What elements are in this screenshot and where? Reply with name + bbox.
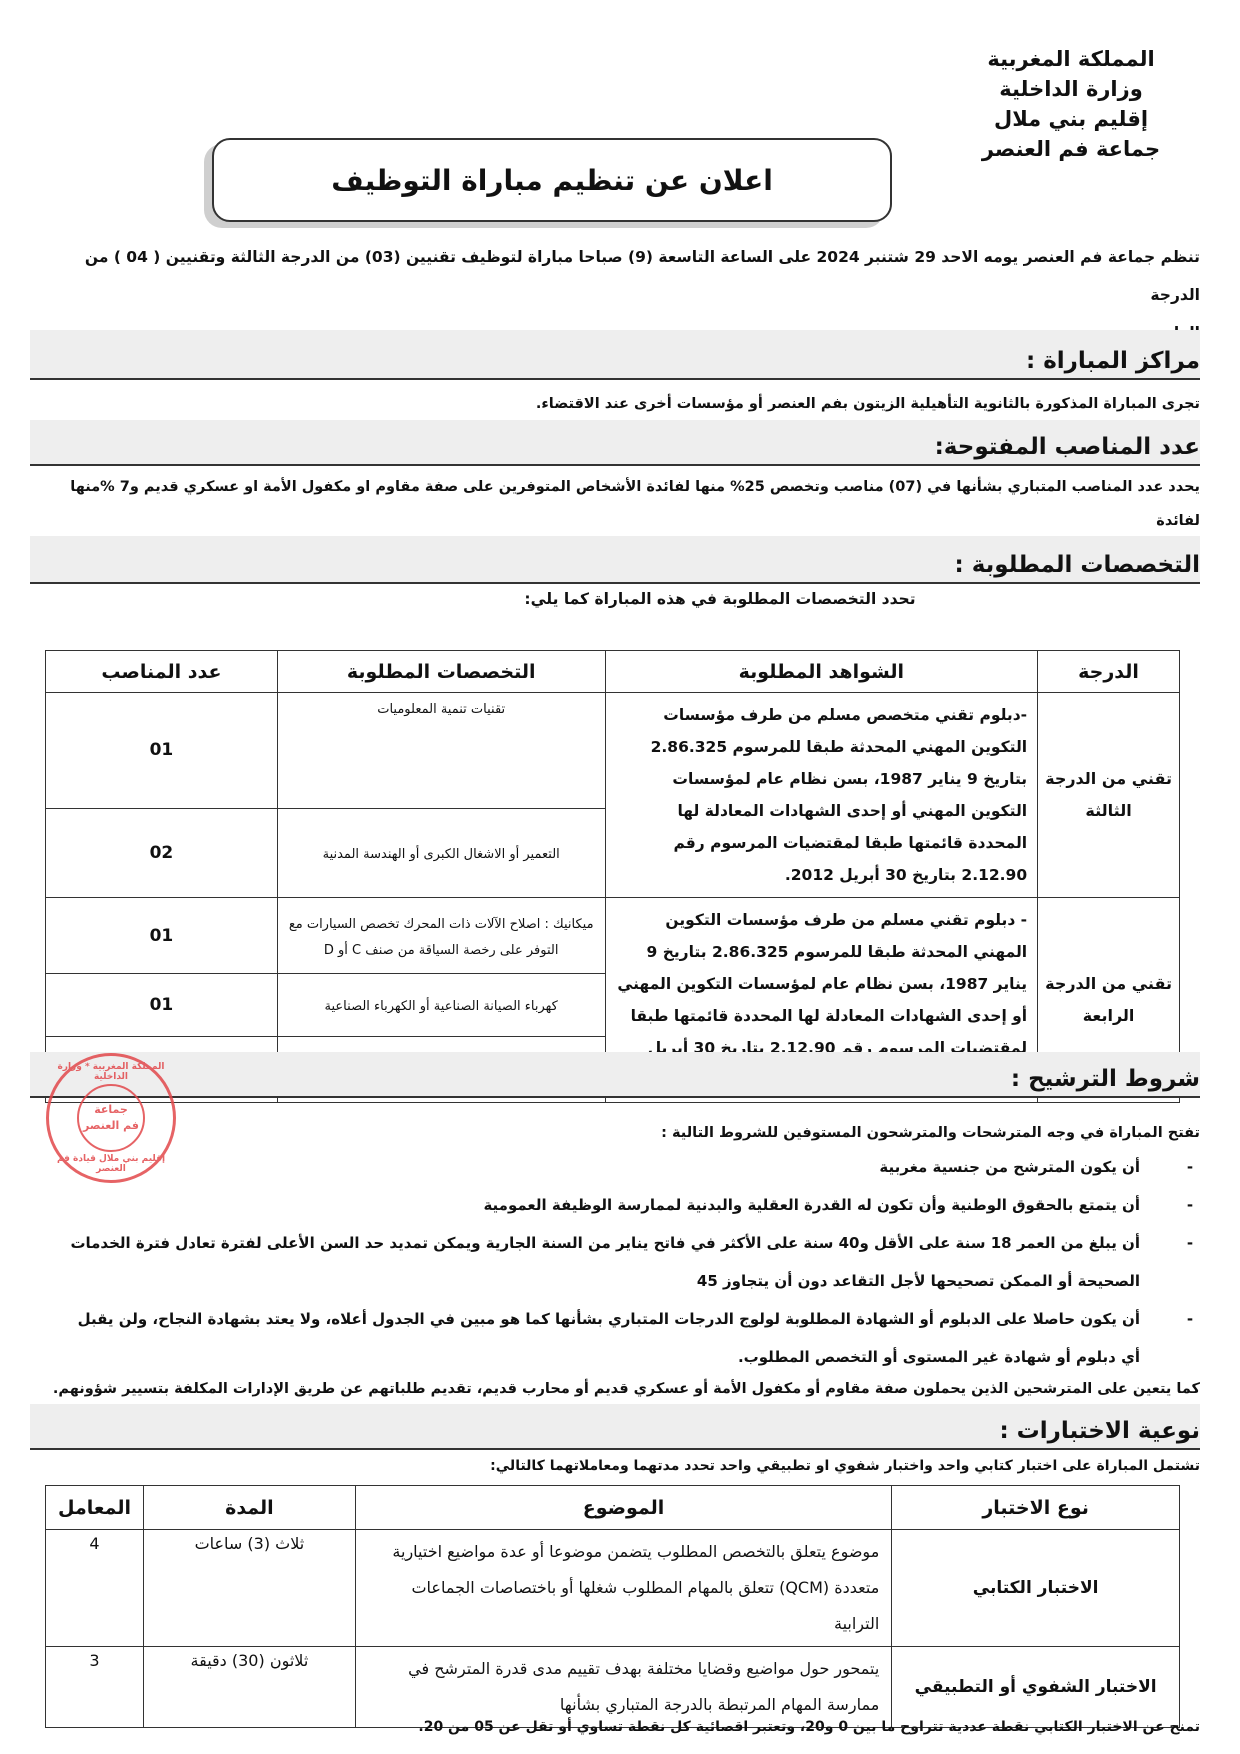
condition-item: - أن يبلغ من العمر 18 سنة على الأقل و40 … bbox=[60, 1224, 1200, 1300]
centers-text: تجرى المباراة المذكورة بالثانوية التأهيل… bbox=[38, 386, 1200, 422]
header-specialties: التخصصات المطلوبة bbox=[277, 651, 605, 693]
section-heading-exams: نوعية الاختبارات : bbox=[30, 1404, 1200, 1450]
section-heading-specialties: التخصصات المطلوبة : bbox=[30, 536, 1200, 584]
condition-text: أن يتمتع بالحقوق الوطنية وأن تكون له الق… bbox=[60, 1186, 1140, 1224]
condition-item: - أن يكون المترشح من جنسية مغربية bbox=[60, 1148, 1200, 1186]
bullet-dash: - bbox=[1180, 1148, 1200, 1186]
grade-cell: تقني من الدرجة الثالثة bbox=[1038, 693, 1180, 898]
conditions-note: كما يتعين على المترشحين الذين يحملون صفة… bbox=[38, 1372, 1200, 1406]
condition-text-continued: الصحيحة أو الممكن تصحيحها لأجل التقاعد د… bbox=[60, 1262, 1140, 1300]
header-coefficient: المعامل bbox=[46, 1486, 144, 1530]
bullet-dash: - bbox=[1180, 1186, 1200, 1224]
section-heading-text: عدد المناصب المفتوحة: bbox=[935, 434, 1200, 460]
section-heading-centers: مراكز المباراة : bbox=[30, 330, 1200, 380]
section-heading-conditions: شروط الترشيح : bbox=[30, 1052, 1200, 1098]
exams-footer-note: تمنح عن الاختبار الكتابي نقطة عددية تترا… bbox=[38, 1712, 1200, 1742]
conditions-intro: تفتح المباراة في وجه المترشحات والمترشحو… bbox=[38, 1114, 1200, 1152]
condition-text: أن يكون حاصلا على الدبلوم أو الشهادة الم… bbox=[60, 1300, 1140, 1338]
condition-item: - أن يتمتع بالحقوق الوطنية وأن تكون له ا… bbox=[60, 1186, 1200, 1224]
table-header-row: الدرجة الشواهد المطلوبة التخصصات المطلوب… bbox=[46, 651, 1180, 693]
condition-text: أن يكون المترشح من جنسية مغربية bbox=[60, 1148, 1140, 1186]
count-cell: 01 bbox=[46, 693, 278, 809]
header-line-ministry: وزارة الداخلية bbox=[966, 74, 1176, 104]
specialties-table: الدرجة الشواهد المطلوبة التخصصات المطلوب… bbox=[45, 650, 1180, 1103]
header-line-province: إقليم بني ملال bbox=[966, 104, 1176, 134]
header-line-kingdom: المملكة المغربية bbox=[966, 44, 1176, 74]
specialty-cell: التعمير أو الاشغال الكبرى أو الهندسة الم… bbox=[277, 808, 605, 897]
page-title: اعلان عن تنظيم مباراة التوظيف bbox=[331, 164, 773, 197]
duration-cell: ثلاث (3) ساعات bbox=[144, 1530, 356, 1647]
condition-item: - أن يكون حاصلا على الدبلوم أو الشهادة ا… bbox=[60, 1300, 1200, 1376]
specialties-subtitle: تحدد التخصصات المطلوبة في هذه المباراة ك… bbox=[0, 590, 1240, 608]
header-grade: الدرجة bbox=[1038, 651, 1180, 693]
intro-line-1: تنظم جماعة فم العنصر يومه الاحد 29 شتنبر… bbox=[38, 238, 1200, 314]
section-heading-text: التخصصات المطلوبة : bbox=[954, 552, 1200, 578]
header-topic: الموضوع bbox=[355, 1486, 891, 1530]
stamp-ring-bottom: إقليم بني ملال قيادة فم العنصر bbox=[49, 1154, 173, 1174]
title-box: اعلان عن تنظيم مباراة التوظيف bbox=[212, 138, 892, 222]
condition-text: أن يبلغ من العمر 18 سنة على الأقل و40 سن… bbox=[60, 1224, 1140, 1262]
spacer-2 bbox=[30, 376, 1200, 380]
official-stamp: المملكة المغربية * وزارة الداخلية جماعة … bbox=[46, 1053, 176, 1183]
header-line-commune: جماعة فم العنصر bbox=[966, 134, 1176, 164]
stamp-center: جماعة فم العنصر bbox=[77, 1084, 145, 1152]
header-certificates: الشواهد المطلوبة bbox=[605, 651, 1038, 693]
section-heading-text: شروط الترشيح : bbox=[1011, 1066, 1200, 1092]
bullet-dash: - bbox=[1180, 1224, 1200, 1262]
posts-line-1: يحدد عدد المناصب المتباري بشأنها في (07)… bbox=[38, 470, 1200, 538]
exams-intro: تشتمل المباراة على اختبار كتابي واحد واخ… bbox=[38, 1450, 1200, 1482]
exam-type-cell: الاختبار الكتابي bbox=[892, 1530, 1180, 1647]
count-cell: 01 bbox=[46, 974, 278, 1037]
specialty-cell: كهرباء الصيانة الصناعية أو الكهرباء الصن… bbox=[277, 974, 605, 1037]
specialty-cell: ميكانيك : اصلاح الآلات ذات المحرك تخصص ا… bbox=[277, 898, 605, 974]
count-cell: 01 bbox=[46, 898, 278, 974]
header-duration: المدة bbox=[144, 1486, 356, 1530]
stamp-center-line-1: جماعة bbox=[94, 1102, 128, 1118]
exams-table: نوع الاختبار الموضوع المدة المعامل الاخت… bbox=[45, 1485, 1180, 1728]
specialty-cell: تقنيات تنمية المعلوميات bbox=[277, 693, 605, 809]
stamp-ring-top: المملكة المغربية * وزارة الداخلية bbox=[49, 1062, 173, 1082]
issuer-header: المملكة المغربية وزارة الداخلية إقليم بن… bbox=[966, 44, 1176, 164]
stamp-center-line-2: فم العنصر bbox=[83, 1118, 139, 1134]
table-row: تقني من الدرجة الرابعة - دبلوم تقني مسلم… bbox=[46, 898, 1180, 974]
section-heading-text: مراكز المباراة : bbox=[1026, 348, 1200, 374]
certificate-cell: -دبلوم تقني متخصص مسلم من طرف مؤسسات الت… bbox=[605, 693, 1038, 898]
condition-text-continued: أي دبلوم أو شهادة غير المستوى أو التخصص … bbox=[60, 1338, 1140, 1376]
bullet-dash: - bbox=[1180, 1300, 1200, 1338]
coefficient-cell: 4 bbox=[46, 1530, 144, 1647]
header-exam-type: نوع الاختبار bbox=[892, 1486, 1180, 1530]
count-cell: 02 bbox=[46, 808, 278, 897]
section-heading-text: نوعية الاختبارات : bbox=[999, 1418, 1200, 1444]
table-row: الاختبار الكتابي موضوع يتعلق بالتخصص الم… bbox=[46, 1530, 1180, 1647]
topic-cell: موضوع يتعلق بالتخصص المطلوب يتضمن موضوعا… bbox=[355, 1530, 891, 1647]
header-post-count: عدد المناصب bbox=[46, 651, 278, 693]
table-row: تقني من الدرجة الثالثة -دبلوم تقني متخصص… bbox=[46, 693, 1180, 809]
section-heading-posts: عدد المناصب المفتوحة: bbox=[30, 420, 1200, 466]
table-header-row: نوع الاختبار الموضوع المدة المعامل bbox=[46, 1486, 1180, 1530]
